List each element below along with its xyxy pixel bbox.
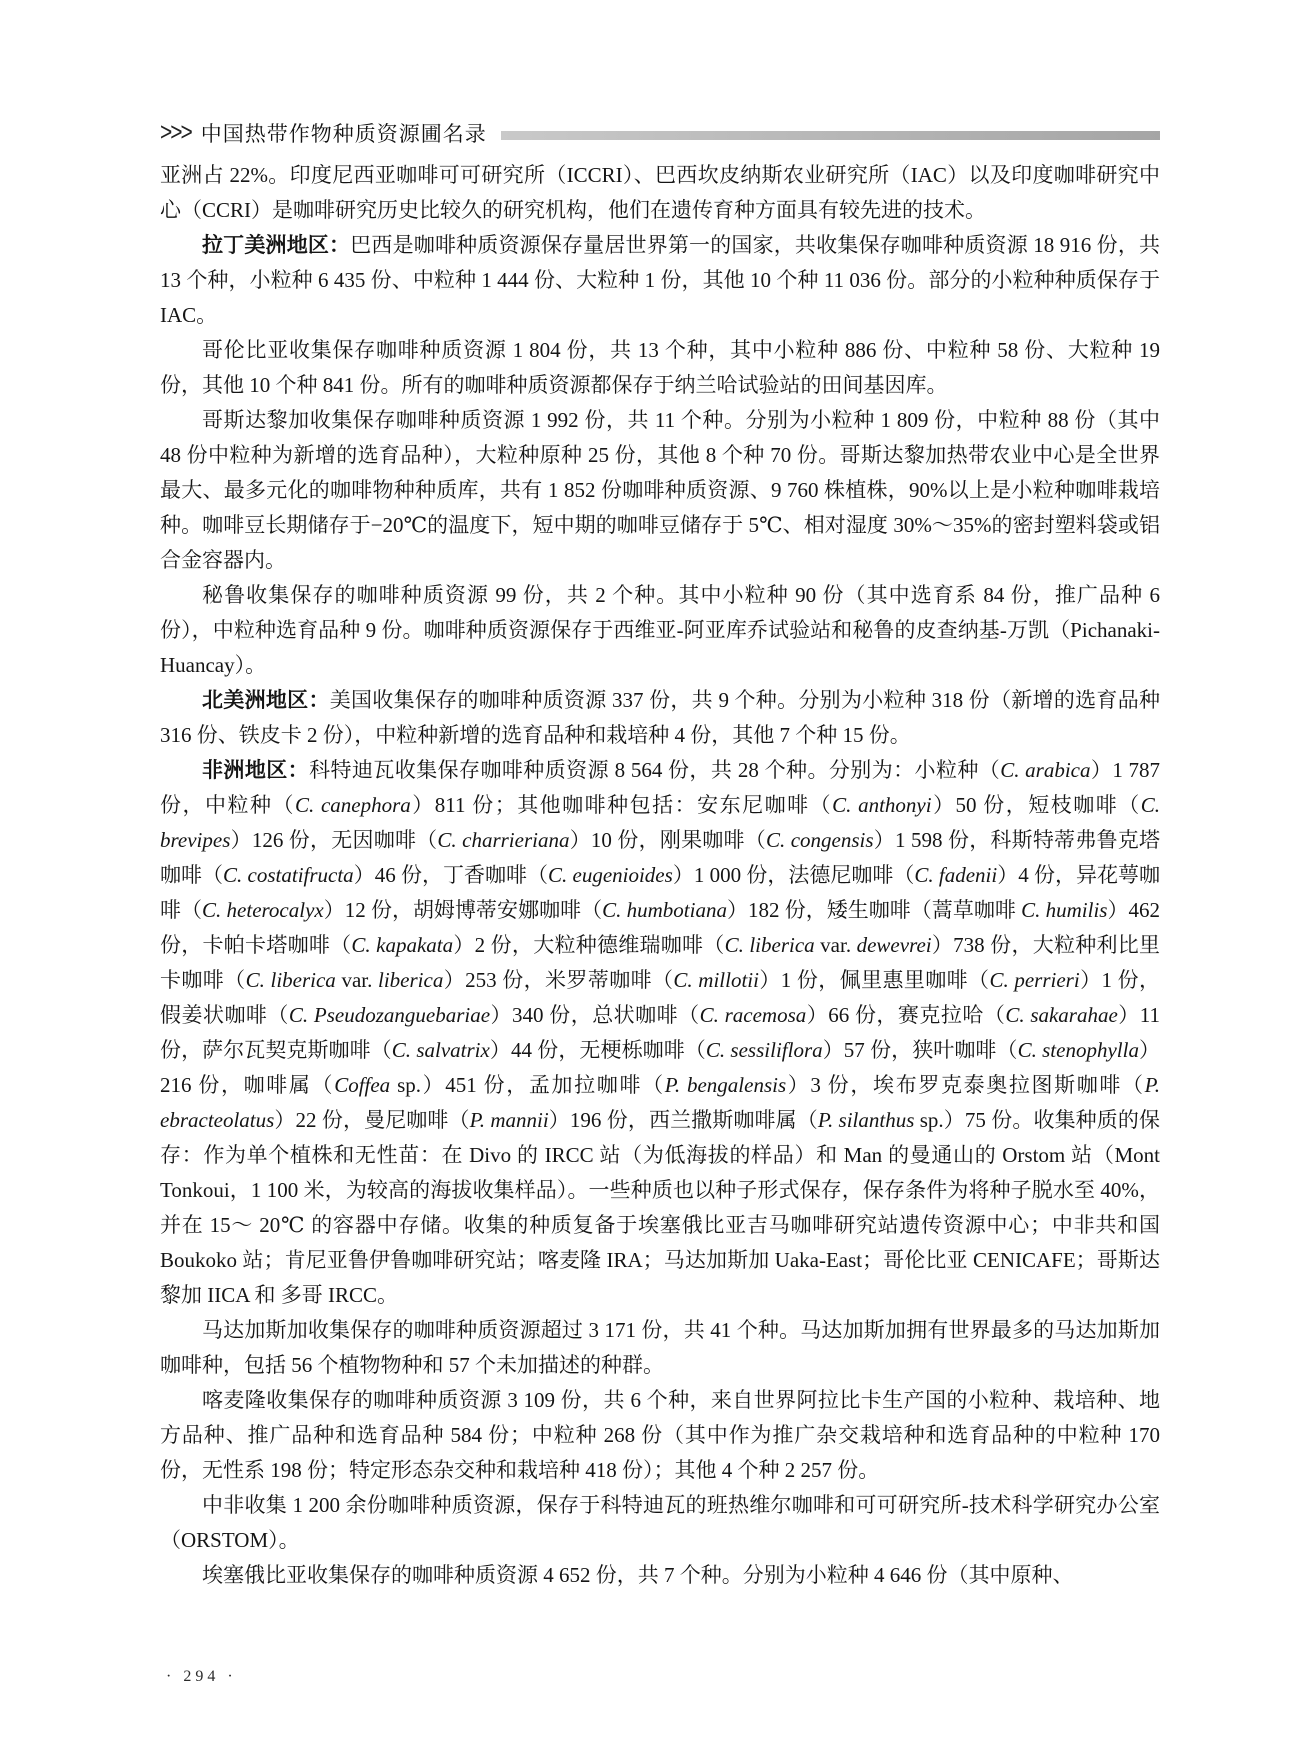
species-name: C. millotii bbox=[673, 968, 759, 992]
paragraph: 埃塞俄比亚收集保存的咖啡种质资源 4 652 份，共 7 个种。分别为小粒种 4… bbox=[160, 1558, 1160, 1593]
species-name: liberica bbox=[378, 968, 443, 992]
species-name: C. perrieri bbox=[989, 968, 1079, 992]
text-run: ）340 份，总状咖啡（ bbox=[490, 1003, 700, 1027]
paragraph: 哥斯达黎加收集保存咖啡种质资源 1 992 份，共 11 个种。分别为小粒种 1… bbox=[160, 403, 1160, 578]
species-name: C. fadenii bbox=[914, 863, 997, 887]
text-run: ）182 份，矮生咖啡（蒿草咖啡 bbox=[727, 898, 1021, 922]
species-name: C. liberica bbox=[725, 933, 815, 957]
paragraph: 秘鲁收集保存的咖啡种质资源 99 份，共 2 个种。其中小粒种 90 份（其中选… bbox=[160, 578, 1160, 683]
paragraph: 亚洲占 22%。印度尼西亚咖啡可可研究所（ICCRI）、巴西坎皮纳斯农业研究所（… bbox=[160, 158, 1160, 228]
species-name: C. anthonyi bbox=[832, 793, 932, 817]
species-name: dewevrei bbox=[857, 933, 932, 957]
text-run: 科特迪瓦收集保存咖啡种质资源 8 564 份，共 28 个种。分别为：小粒种（ bbox=[309, 758, 1000, 782]
text-run: ）44 份，无梗栎咖啡（ bbox=[490, 1038, 706, 1062]
region-heading: 拉丁美洲地区： bbox=[202, 233, 350, 257]
text-run: ）10 份，刚果咖啡（ bbox=[569, 828, 766, 852]
text-run: 哥伦比亚收集保存咖啡种质资源 1 804 份，共 13 个种，其中小粒种 886… bbox=[160, 338, 1160, 397]
species-name: Coffea bbox=[334, 1073, 390, 1097]
text-run: ）66 份，赛克拉哈（ bbox=[806, 1003, 1005, 1027]
species-name: C. Pseudozanguebariae bbox=[289, 1003, 490, 1027]
paragraph: 拉丁美洲地区：巴西是咖啡种质资源保存量居世界第一的国家，共收集保存咖啡种质资源 … bbox=[160, 228, 1160, 333]
paragraph: 喀麦隆收集保存的咖啡种质资源 3 109 份，共 6 个种，来自世界阿拉比卡生产… bbox=[160, 1383, 1160, 1488]
text-run: ）196 份，西兰撒斯咖啡属（ bbox=[549, 1108, 818, 1132]
paragraph: 非洲地区：科特迪瓦收集保存咖啡种质资源 8 564 份，共 28 个种。分别为：… bbox=[160, 753, 1160, 1313]
page-number: · 294 · bbox=[166, 1668, 237, 1686]
text-run: 埃塞俄比亚收集保存的咖啡种质资源 4 652 份，共 7 个种。分别为小粒种 4… bbox=[202, 1563, 1074, 1587]
species-name: C. canephora bbox=[295, 793, 411, 817]
species-name: P. mannii bbox=[470, 1108, 549, 1132]
region-heading: 北美洲地区： bbox=[202, 688, 330, 712]
text-run: 亚洲占 22%。印度尼西亚咖啡可可研究所（ICCRI）、巴西坎皮纳斯农业研究所（… bbox=[160, 163, 1160, 222]
species-name: C. charrieriana bbox=[437, 828, 569, 852]
text-run: ）811 份；其他咖啡种包括：安东尼咖啡（ bbox=[411, 793, 832, 817]
text-run: 马达加斯加收集保存的咖啡种质资源超过 3 171 份，共 41 个种。马达加斯加… bbox=[160, 1318, 1160, 1377]
region-heading: 非洲地区： bbox=[202, 758, 309, 782]
species-name: C. congensis bbox=[766, 828, 874, 852]
text-run: 喀麦隆收集保存的咖啡种质资源 3 109 份，共 6 个种，来自世界阿拉比卡生产… bbox=[160, 1388, 1160, 1482]
chevrons-icon: >>> bbox=[160, 118, 191, 148]
text-run: sp.）75 份。收集种质的保存：作为单个植株和无性苗：在 Divo 的 IRC… bbox=[160, 1108, 1160, 1307]
text-run: ）22 份，曼尼咖啡（ bbox=[274, 1108, 469, 1132]
species-name: C. stenophylla bbox=[1018, 1038, 1139, 1062]
text-run: ）1 000 份，法德尼咖啡（ bbox=[673, 863, 915, 887]
text-run: ）46 份，丁香咖啡（ bbox=[354, 863, 548, 887]
species-name: C. sessiliflora bbox=[706, 1038, 823, 1062]
text-run: ）126 份，无因咖啡（ bbox=[230, 828, 437, 852]
text-run: sp.）451 份，孟加拉咖啡（ bbox=[390, 1073, 665, 1097]
text-run: var. bbox=[815, 933, 857, 957]
paragraph: 哥伦比亚收集保存咖啡种质资源 1 804 份，共 13 个种，其中小粒种 886… bbox=[160, 333, 1160, 403]
text-run: ）253 份，米罗蒂咖啡（ bbox=[443, 968, 673, 992]
species-name: P. silanthus bbox=[818, 1108, 915, 1132]
species-name: C. heterocalyx bbox=[202, 898, 324, 922]
header-rule bbox=[501, 131, 1160, 140]
species-name: P. bengalensis bbox=[665, 1073, 786, 1097]
species-name: C. racemosa bbox=[700, 1003, 807, 1027]
species-name: C. kapakata bbox=[351, 933, 453, 957]
page-header: >>> 中国热带作物种质资源圃名录 bbox=[160, 118, 1160, 148]
species-name: C. humbotiana bbox=[602, 898, 727, 922]
species-name: C. liberica bbox=[246, 968, 336, 992]
text-run: ）3 份，埃布罗克泰奥拉图斯咖啡（ bbox=[786, 1073, 1145, 1097]
book-page: >>> 中国热带作物种质资源圃名录 亚洲占 22%。印度尼西亚咖啡可可研究所（I… bbox=[0, 0, 1314, 1763]
paragraph: 北美洲地区：美国收集保存的咖啡种质资源 337 份，共 9 个种。分别为小粒种 … bbox=[160, 683, 1160, 753]
species-name: C. sakarahae bbox=[1005, 1003, 1117, 1027]
text-run: ）2 份，大粒种德维瑞咖啡（ bbox=[453, 933, 724, 957]
species-name: C. eugenioides bbox=[548, 863, 673, 887]
text-run: 秘鲁收集保存的咖啡种质资源 99 份，共 2 个种。其中小粒种 90 份（其中选… bbox=[160, 583, 1160, 677]
species-name: C. costatifructa bbox=[223, 863, 354, 887]
text-run: ）50 份，短枝咖啡（ bbox=[932, 793, 1141, 817]
running-head-title: 中国热带作物种质资源圃名录 bbox=[201, 118, 487, 148]
text-run: ）12 份，胡姆博蒂安娜咖啡（ bbox=[324, 898, 602, 922]
paragraph: 中非收集 1 200 余份咖啡种质资源，保存于科特迪瓦的班热维尔咖啡和可可研究所… bbox=[160, 1488, 1160, 1558]
paragraph: 马达加斯加收集保存的咖啡种质资源超过 3 171 份，共 41 个种。马达加斯加… bbox=[160, 1313, 1160, 1383]
species-name: C. humilis bbox=[1021, 898, 1107, 922]
body-text: 亚洲占 22%。印度尼西亚咖啡可可研究所（ICCRI）、巴西坎皮纳斯农业研究所（… bbox=[160, 158, 1160, 1593]
species-name: C. arabica bbox=[1000, 758, 1090, 782]
text-run: ）1 份，佩里惠里咖啡（ bbox=[759, 968, 989, 992]
text-run: var. bbox=[336, 968, 378, 992]
species-name: C. salvatrix bbox=[392, 1038, 490, 1062]
text-run: 哥斯达黎加收集保存咖啡种质资源 1 992 份，共 11 个种。分别为小粒种 1… bbox=[160, 408, 1160, 572]
text-run: ）57 份，狭叶咖啡（ bbox=[823, 1038, 1018, 1062]
text-run: 中非收集 1 200 余份咖啡种质资源，保存于科特迪瓦的班热维尔咖啡和可可研究所… bbox=[160, 1493, 1160, 1552]
